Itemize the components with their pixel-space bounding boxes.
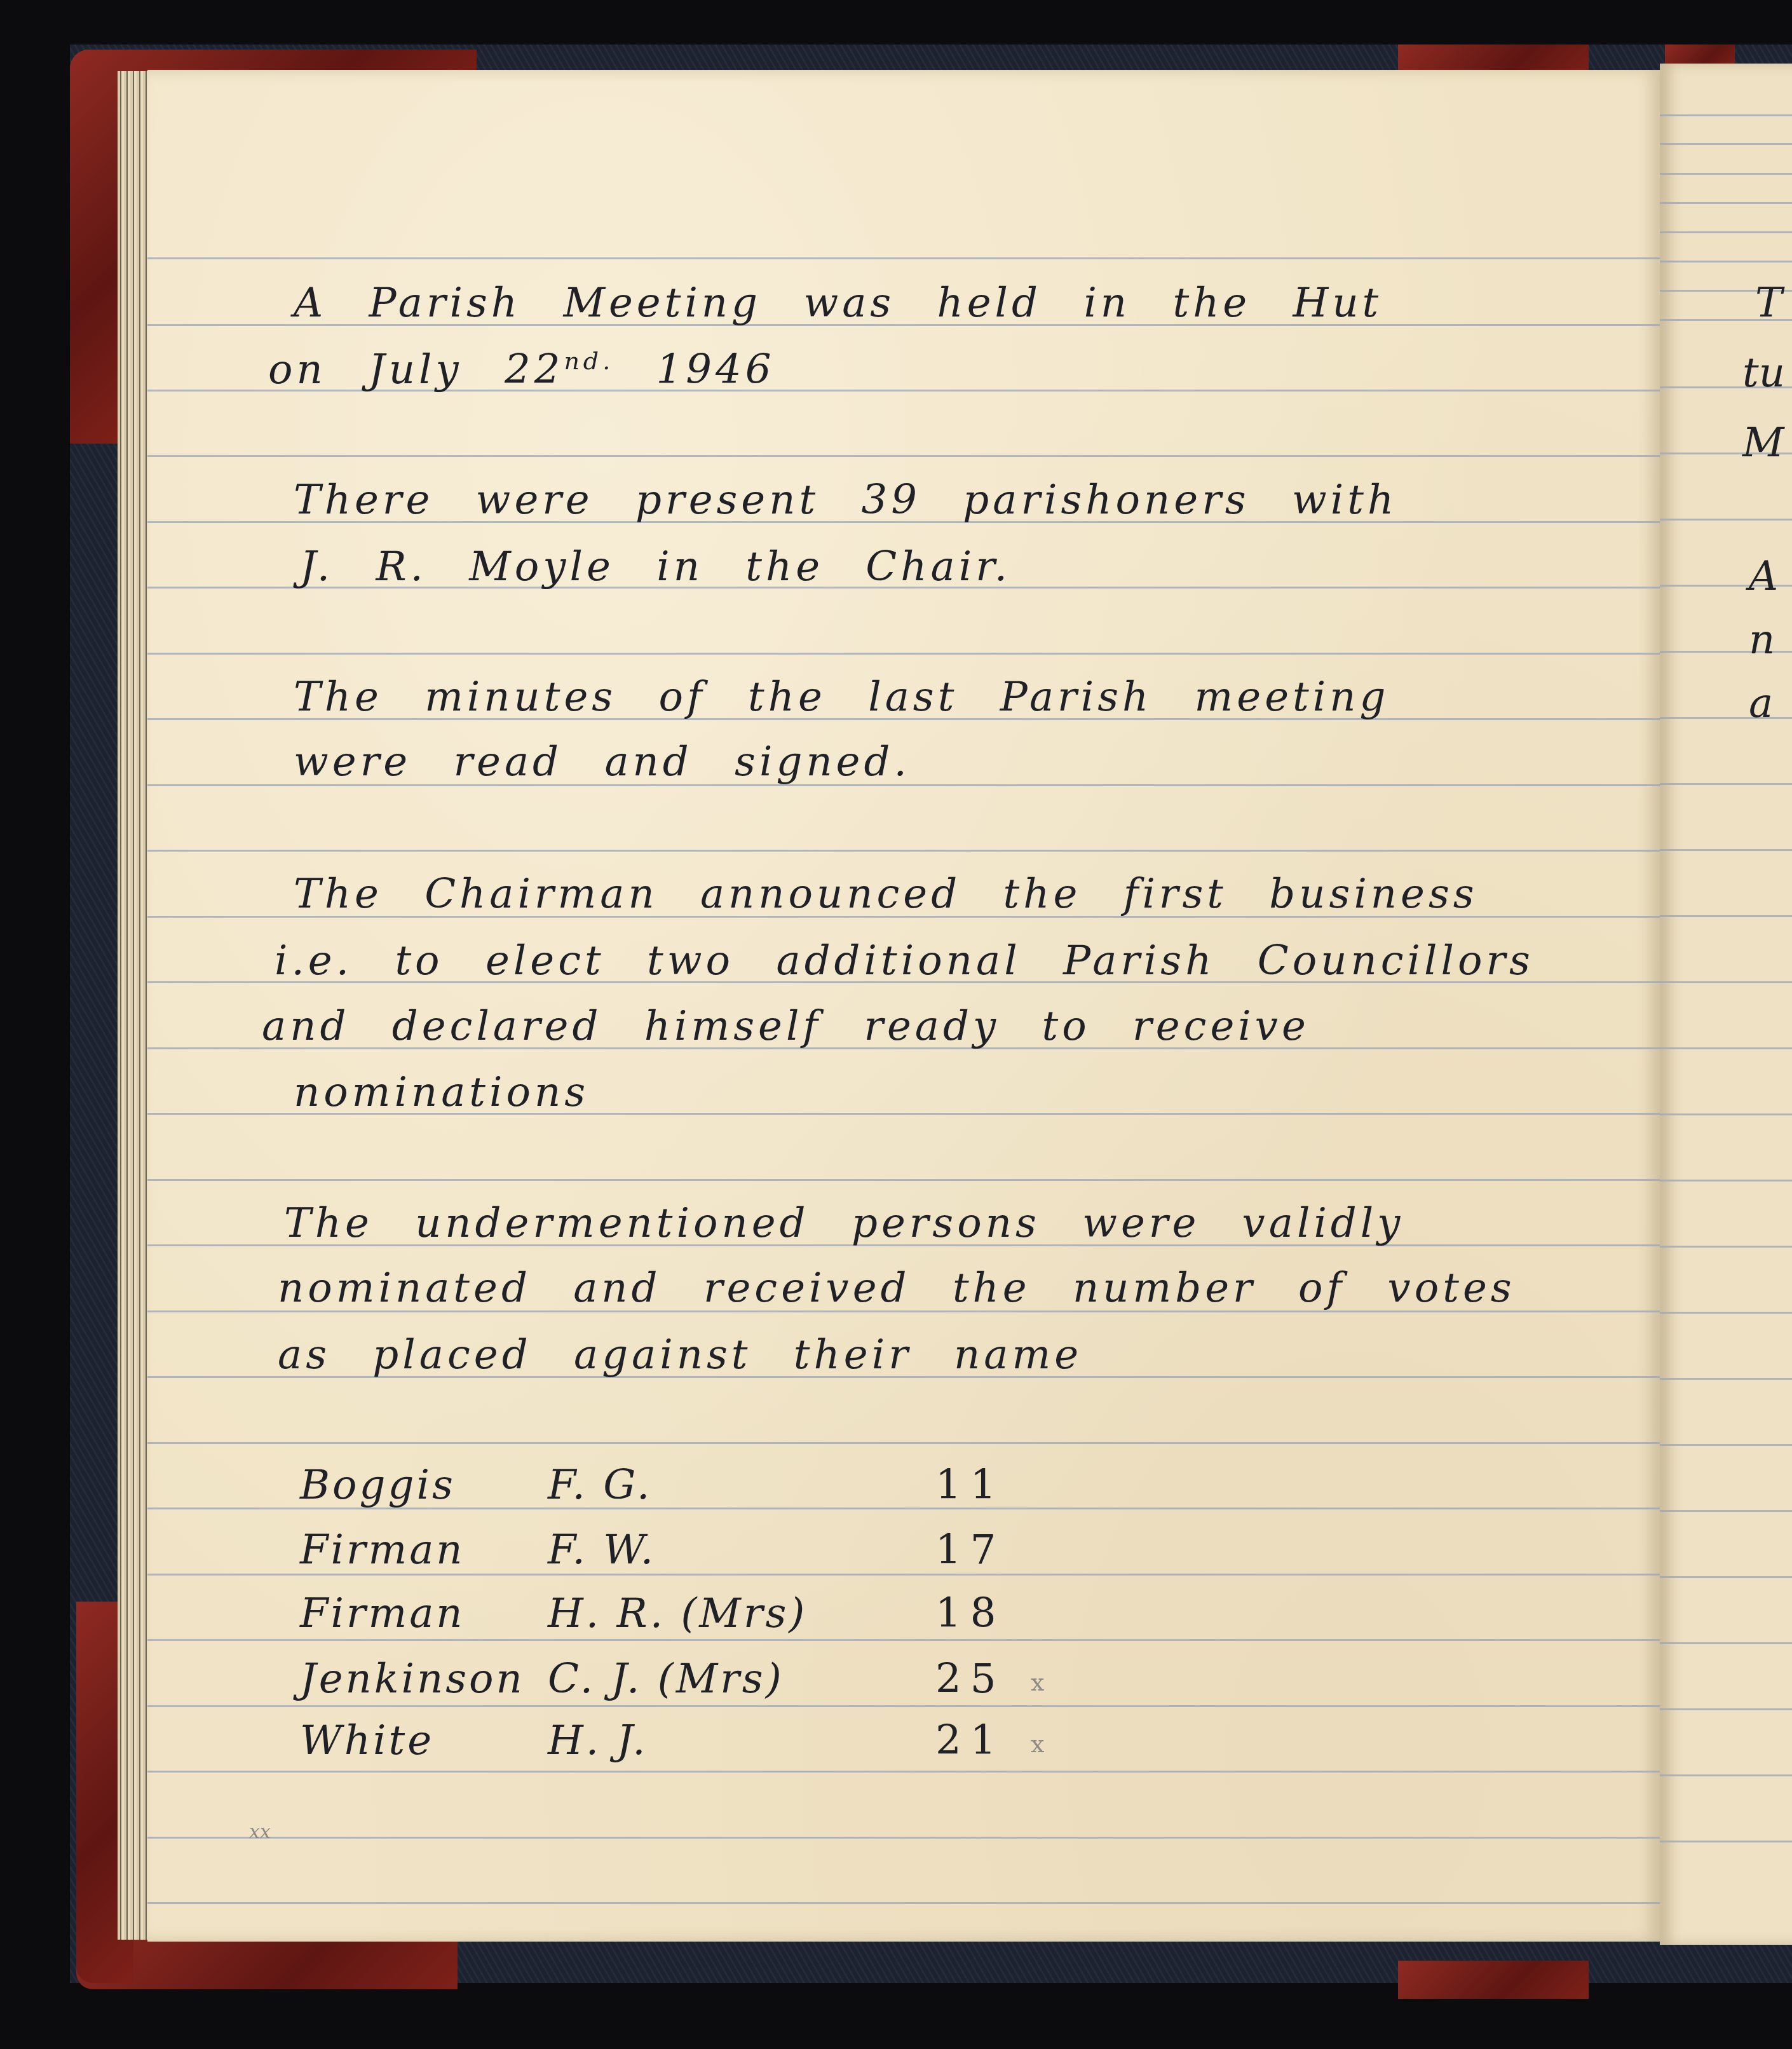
minutes-line-2: were read and signed. — [294, 739, 911, 786]
business-line-1: The Chairman announced the first busines… — [294, 871, 1478, 918]
opening-line-1: A Parish Meeting was held in the Hut — [294, 280, 1382, 327]
business-line-3: and declared himself ready to receive — [262, 1003, 1310, 1050]
candidate-votes: 11 — [935, 1462, 1005, 1509]
minute-book-page: A Parish Meeting was held in the Hut on … — [147, 70, 1660, 1942]
business-line-4: nominations — [294, 1069, 589, 1116]
minutes-line-1: The minutes of the last Parish meeting — [294, 674, 1389, 721]
nominations-line-2: nominated and received the number of vot… — [278, 1265, 1516, 1312]
candidate-initials: H. R. (Mrs) — [548, 1590, 807, 1637]
business-line-2: i.e. to elect two additional Parish Coun… — [275, 937, 1534, 984]
attendance-line-2: J. R. Moyle in the Chair. — [300, 543, 1011, 590]
candidate-initials: C. J. (Mrs) — [548, 1656, 784, 1703]
elected-mark: x — [1031, 1668, 1047, 1696]
candidate-votes: 25 — [935, 1656, 1005, 1703]
facing-page-fragment: M — [1742, 419, 1784, 466]
facing-page-fragment: A — [1749, 553, 1778, 600]
facing-page-fragment: T — [1755, 280, 1782, 327]
candidate-surname: Firman — [300, 1590, 465, 1637]
page-stack-edges — [118, 71, 149, 1940]
candidate-surname: Jenkinson — [300, 1656, 525, 1703]
attendance-line-1: There were present 39 parishoners with — [294, 477, 1397, 524]
date-year: 1946 — [656, 346, 775, 393]
facing-page: T tu M A n a — [1660, 64, 1792, 1945]
candidate-votes: 17 — [935, 1527, 1005, 1574]
candidate-initials: F. G. — [548, 1462, 652, 1509]
candidate-votes: 21 — [935, 1717, 1005, 1764]
opening-date-line: on July 22nd. 1946 — [268, 346, 775, 393]
candidate-surname: White — [300, 1717, 434, 1764]
candidate-votes: 18 — [935, 1590, 1005, 1637]
cover-corner-bottom-right — [1398, 1961, 1589, 1999]
facing-page-fragment: a — [1749, 680, 1773, 727]
candidate-initials: F. W. — [548, 1527, 656, 1574]
facing-page-fragment: n — [1749, 616, 1775, 664]
candidate-surname: Boggis — [300, 1462, 456, 1509]
nominations-line-3: as placed against their name — [278, 1331, 1082, 1378]
nominations-line-1: The undermentioned persons were validly — [284, 1200, 1404, 1247]
candidate-surname: Firman — [300, 1527, 465, 1574]
date-month-day: on July 22 — [268, 346, 564, 393]
elected-mark: x — [1031, 1730, 1047, 1758]
pencil-note: xx — [249, 1821, 271, 1843]
facing-page-fragment: tu — [1742, 350, 1785, 397]
candidate-initials: H. J. — [548, 1717, 648, 1764]
date-suffix: nd. — [564, 347, 614, 375]
